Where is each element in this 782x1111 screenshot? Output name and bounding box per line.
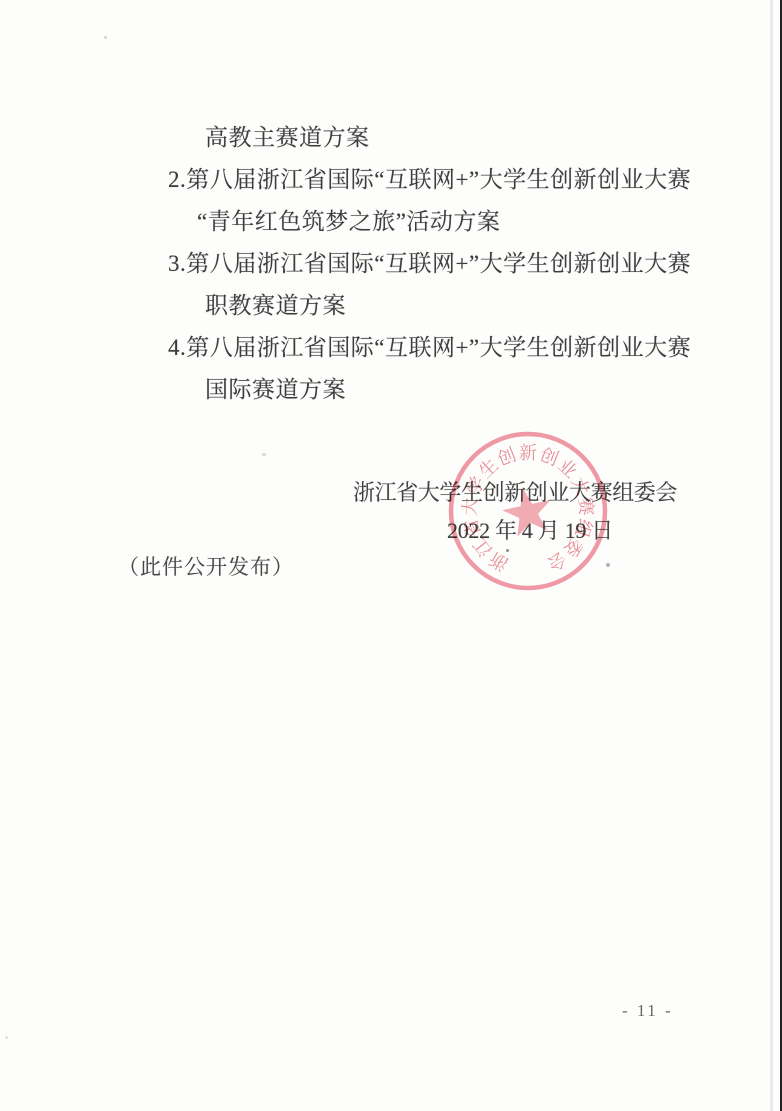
scan-edge-shadow [770,0,773,1111]
scan-speck [5,1036,8,1039]
official-seal: 浙江省大学生创新创业大赛组委会 [440,423,616,599]
scan-speck [262,453,266,456]
official-seal-graphic: 浙江省大学生创新创业大赛组委会 [440,423,616,599]
scan-speck [606,563,610,567]
star-icon [498,482,556,538]
seal-arc-char: 省 [460,517,484,540]
scan-speck [104,36,107,39]
seal-arc-char: 赛 [575,497,596,516]
seal-arc-char: 创 [495,444,519,469]
seal-arc-char: 大 [460,497,481,516]
list-item: 高教主赛道方案 [168,117,728,159]
list-item: “青年红色筑梦之旅”活动方案 [168,201,728,243]
document-page: 高教主赛道方案2.第八届浙江省国际“互联网+”大学生创新创业大赛“青年红色筑梦之… [0,0,782,1111]
list-item: 职教赛道方案 [168,285,728,327]
publish-note: （此件公开发布） [118,551,294,581]
list-item: 2.第八届浙江省国际“互联网+”大学生创新创业大赛 [168,159,728,201]
seal-arc-char: 新 [519,443,537,463]
list-item: 4.第八届浙江省国际“互联网+”大学生创新创业大赛 [168,327,728,369]
attachment-list: 高教主赛道方案2.第八届浙江省国际“互联网+”大学生创新创业大赛“青年红色筑梦之… [168,117,728,411]
list-item: 国际赛道方案 [168,369,728,411]
scan-speck [506,549,509,552]
list-item: 3.第八届浙江省国际“互联网+”大学生创新创业大赛 [168,243,728,285]
page-number: - 11 - [622,1001,673,1021]
